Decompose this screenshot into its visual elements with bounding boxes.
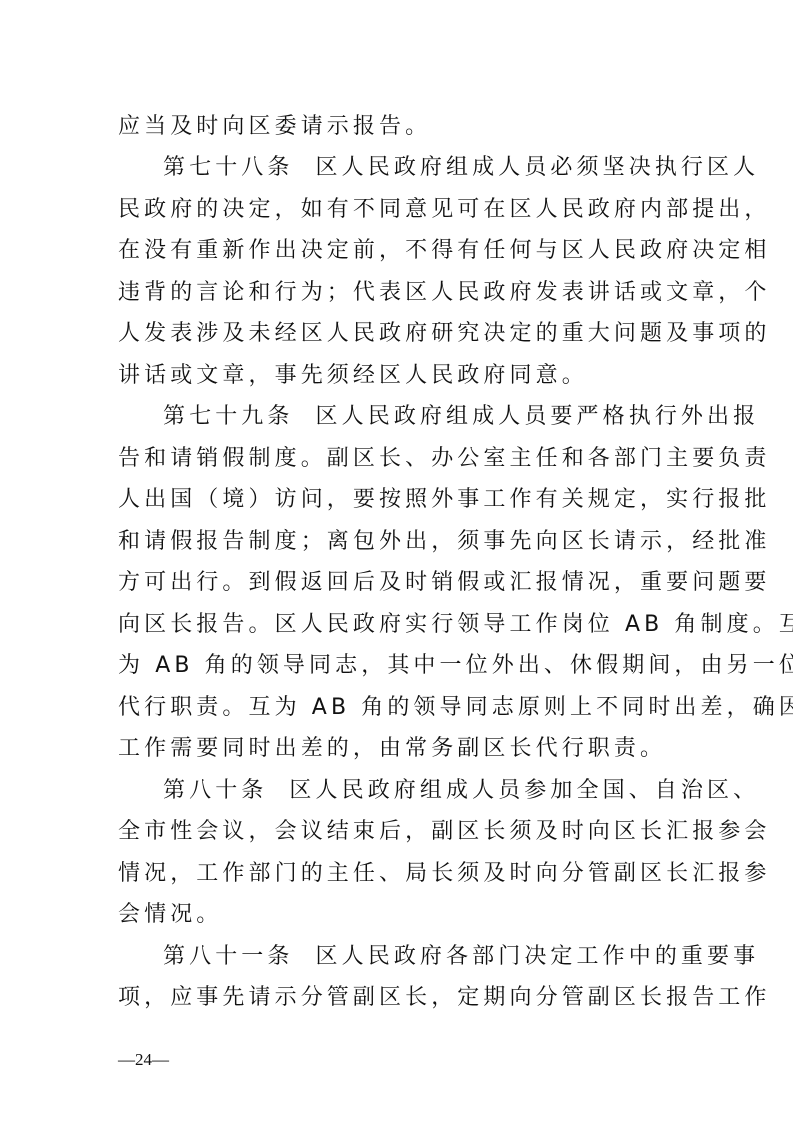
line-text: 全市性会议，会议结束后，副区长须及时向区长汇报参会 bbox=[118, 819, 771, 844]
line-text: 工作需要同时出差的，由常务副区长代行职责。 bbox=[118, 736, 666, 761]
text-line: 项，应事先请示分管副区长，定期向分管副区长报告工作 bbox=[118, 977, 678, 1018]
article-number: 第八十条 bbox=[163, 778, 267, 803]
article-80-heading-line: 第八十条区人民政府组成人员参加全国、自治区、 bbox=[163, 770, 678, 811]
text-line: 人发表涉及未经区人民政府研究决定的重大问题及事项的 bbox=[118, 313, 678, 354]
line-text: 区人民政府组成人员参加全国、自治区、 bbox=[289, 778, 759, 803]
line-text: 民政府的决定，如有不同意见可在区人民政府内部提出， bbox=[118, 197, 771, 222]
line-text: 方可出行。到假返回后及时销假或汇报情况，重要问题要 bbox=[118, 570, 771, 595]
page-number: —24— bbox=[118, 1050, 169, 1070]
text-line: 会情况。 bbox=[118, 894, 678, 935]
text-line: 人出国（境）访问，要按照外事工作有关规定，实行报批 bbox=[118, 479, 678, 520]
line-text: 人出国（境）访问，要按照外事工作有关规定，实行报批 bbox=[118, 487, 771, 512]
line-text: 应当及时向区委请示报告。 bbox=[118, 114, 431, 139]
text-line: 工作需要同时出差的，由常务副区长代行职责。 bbox=[118, 728, 678, 769]
text-line: 方可出行。到假返回后及时销假或汇报情况，重要问题要 bbox=[118, 562, 678, 603]
article-78-heading-line: 第七十八条区人民政府组成人员必须坚决执行区人 bbox=[163, 147, 678, 188]
text-line: 为 AB 角的领导同志，其中一位外出、休假期间，由另一位 bbox=[118, 645, 678, 686]
article-79-heading-line: 第七十九条区人民政府组成人员要严格执行外出报 bbox=[163, 396, 678, 437]
text-line: 和请假报告制度；离包外出，须事先向区长请示，经批准 bbox=[118, 521, 678, 562]
line-text: 违背的言论和行为；代表区人民政府发表讲话或文章，个 bbox=[118, 280, 771, 305]
article-number: 第七十九条 bbox=[163, 404, 294, 429]
line-text: 区人民政府组成人员要严格执行外出报 bbox=[316, 404, 760, 429]
line-text: 为 AB 角的领导同志，其中一位外出、休假期间，由另一位 bbox=[118, 653, 793, 678]
line-text: 人发表涉及未经区人民政府研究决定的重大问题及事项的 bbox=[118, 321, 771, 346]
line-text: 讲话或文章，事先须经区人民政府同意。 bbox=[118, 363, 588, 388]
text-line: 民政府的决定，如有不同意见可在区人民政府内部提出， bbox=[118, 189, 678, 230]
line-text: 项，应事先请示分管副区长，定期向分管副区长报告工作 bbox=[118, 985, 771, 1010]
line-text: 和请假报告制度；离包外出，须事先向区长请示，经批准 bbox=[118, 529, 771, 554]
text-line: 讲话或文章，事先须经区人民政府同意。 bbox=[118, 355, 678, 396]
text-line: 情况，工作部门的主任、局长须及时向分管副区长汇报参 bbox=[118, 853, 678, 894]
text-line: 违背的言论和行为；代表区人民政府发表讲话或文章，个 bbox=[118, 272, 678, 313]
article-number: 第八十一条 bbox=[163, 944, 294, 969]
text-line: 全市性会议，会议结束后，副区长须及时向区长汇报参会 bbox=[118, 811, 678, 852]
line-text: 告和请销假制度。副区长、办公室主任和各部门主要负责 bbox=[118, 446, 771, 471]
text-line: 向区长报告。区人民政府实行领导工作岗位 AB 角制度。互 bbox=[118, 604, 678, 645]
line-text: 会情况。 bbox=[118, 902, 222, 927]
text-line: 告和请销假制度。副区长、办公室主任和各部门主要负责 bbox=[118, 438, 678, 479]
text-line: 应当及时向区委请示报告。 bbox=[118, 106, 678, 147]
line-text: 向区长报告。区人民政府实行领导工作岗位 AB 角制度。互 bbox=[118, 612, 793, 637]
article-81-heading-line: 第八十一条区人民政府各部门决定工作中的重要事 bbox=[163, 936, 678, 977]
line-text: 区人民政府组成人员必须坚决执行区人 bbox=[316, 155, 760, 180]
line-text: 代行职责。互为 AB 角的领导同志原则上不同时出差，确因 bbox=[118, 695, 793, 720]
article-number: 第七十八条 bbox=[163, 155, 294, 180]
text-line: 代行职责。互为 AB 角的领导同志原则上不同时出差，确因 bbox=[118, 687, 678, 728]
line-text: 区人民政府各部门决定工作中的重要事 bbox=[316, 944, 760, 969]
line-text: 在没有重新作出决定前，不得有任何与区人民政府决定相 bbox=[118, 238, 771, 263]
document-page: 应当及时向区委请示报告。 第七十八条区人民政府组成人员必须坚决执行区人 民政府的… bbox=[0, 0, 793, 1122]
text-line: 在没有重新作出决定前，不得有任何与区人民政府决定相 bbox=[118, 230, 678, 271]
line-text: 情况，工作部门的主任、局长须及时向分管副区长汇报参 bbox=[118, 861, 771, 886]
